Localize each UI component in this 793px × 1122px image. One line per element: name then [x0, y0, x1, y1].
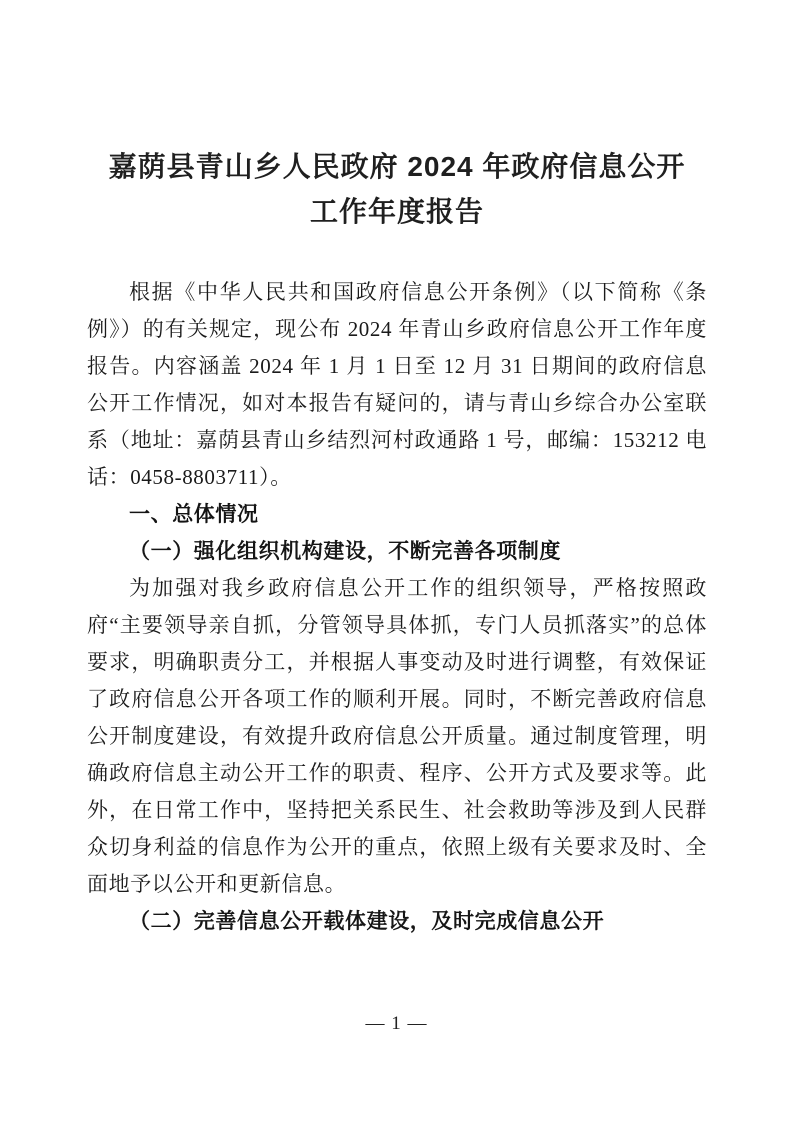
page-number: — 1 —	[0, 1014, 793, 1034]
document-title: 嘉荫县青山乡人民政府 2024 年政府信息公开 工作年度报告	[87, 144, 707, 234]
section1-heading: 一、总体情况	[87, 496, 707, 533]
document-body: 根据《中华人民共和国政府信息公开条例》（以下简称《条例》）的有关规定，现公布 2…	[87, 274, 707, 940]
section1-sub2-heading: （二）完善信息公开载体建设，及时完成信息公开	[87, 903, 707, 940]
document-title-line1: 嘉荫县青山乡人民政府 2024 年政府信息公开	[87, 144, 707, 189]
document-page: 嘉荫县青山乡人民政府 2024 年政府信息公开 工作年度报告 根据《中华人民共和…	[0, 0, 793, 1122]
document-title-line2: 工作年度报告	[87, 189, 707, 234]
section1-sub1-heading: （一）强化组织机构建设，不断完善各项制度	[87, 533, 707, 570]
intro-paragraph: 根据《中华人民共和国政府信息公开条例》（以下简称《条例》）的有关规定，现公布 2…	[87, 274, 707, 496]
section1-sub1-paragraph: 为加强对我乡政府信息公开工作的组织领导，严格按照政府“主要领导亲自抓，分管领导具…	[87, 570, 707, 903]
